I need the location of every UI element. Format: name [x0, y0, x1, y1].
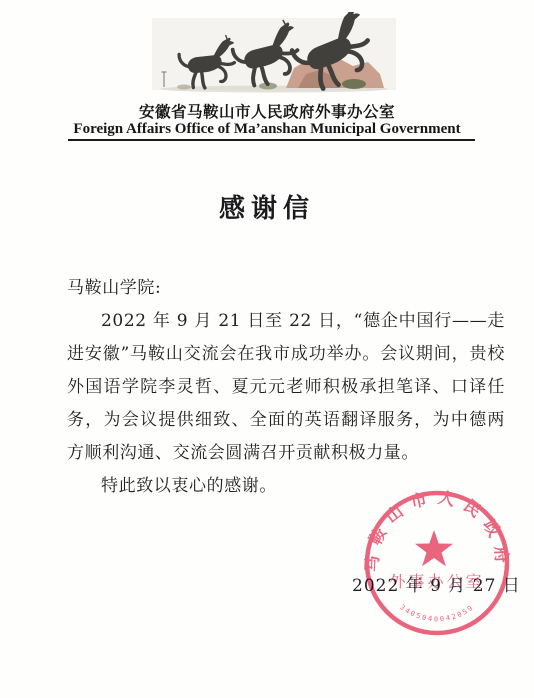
letter-page: 安徽省马鞍山市人民政府外事办公室 Foreign Affairs Office …	[0, 0, 534, 698]
seal-serial-number: 3405040042059	[398, 603, 475, 623]
header-divider	[68, 139, 475, 141]
salutation: 马鞍山学院:	[67, 272, 505, 305]
letter-body: 马鞍山学院: 2022 年 9 月 21 日至 22 日，“德企中国行——走进安…	[67, 272, 505, 503]
letter-title: 感谢信	[0, 188, 534, 225]
official-seal: 马鞍山市人民政府 外事办公室 3405040042059	[362, 488, 512, 638]
body-paragraph: 2022 年 9 月 21 日至 22 日，“德企中国行——走进安徽”马鞍山交流…	[67, 305, 505, 470]
seal-star-icon	[415, 530, 453, 566]
horse-sculpture-image	[148, 12, 400, 96]
seal-bottom-text: 外事办公室	[389, 572, 484, 591]
org-name-chinese: 安徽省马鞍山市人民政府外事办公室	[0, 100, 534, 122]
svg-text:3405040042059: 3405040042059	[398, 603, 475, 623]
org-name-english: Foreign Affairs Office of Ma’anshan Muni…	[0, 121, 534, 138]
